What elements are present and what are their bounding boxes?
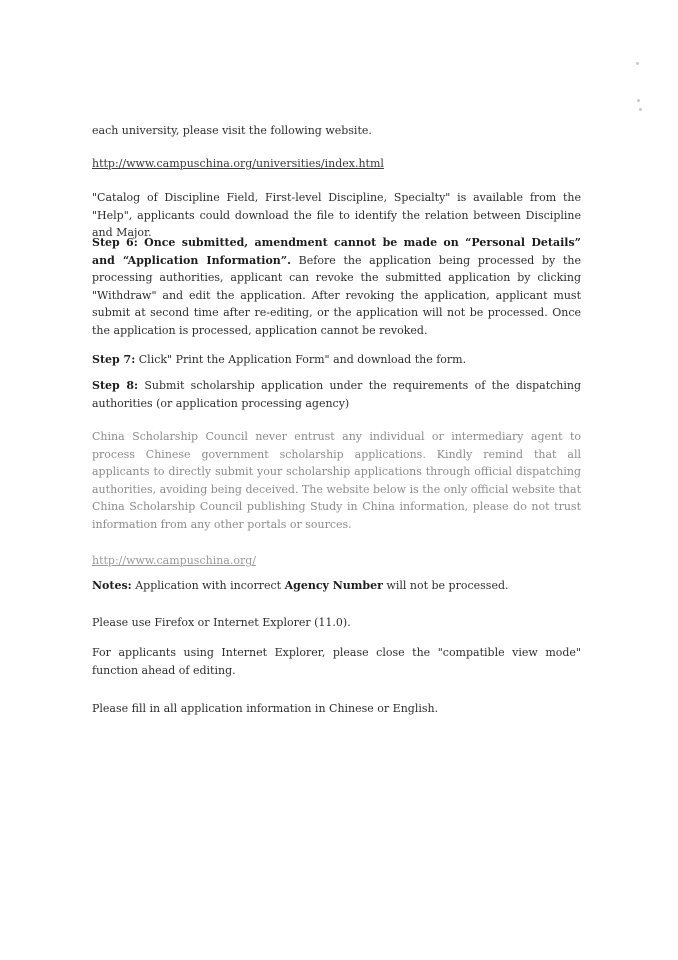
document-page: each university, please visit the follow… [0,0,678,960]
scan-artifact [639,108,642,111]
agency-number-emphasis: Agency Number [285,579,383,592]
intro-line: each university, please visit the follow… [92,122,581,140]
warning-paragraph: China Scholarship Council never entrust … [92,428,581,533]
notes-text: Application with incorrect [132,579,285,592]
notes-paragraph: Notes: Application with incorrect Agency… [92,577,581,595]
step6-paragraph: Step 6: Once submitted, amendment cannot… [92,234,581,339]
scan-artifact [637,99,640,102]
step7-text: Click" Print the Application Form" and d… [135,353,466,366]
step8-paragraph: Step 8: Submit scholarship application u… [92,377,581,412]
step7-label: Step 7: [92,353,135,366]
official-link[interactable]: http://www.campuschina.org/ [92,554,256,567]
language-note: Please fill in all application informati… [92,700,581,718]
step8-text: Submit scholarship application under the… [92,379,581,410]
browser-note: Please use Firefox or Internet Explorer … [92,614,581,632]
step7-paragraph: Step 7: Click" Print the Application For… [92,351,581,369]
notes-text-end: will not be processed. [383,579,509,592]
scan-artifact [636,62,639,65]
notes-label: Notes: [92,579,132,592]
step8-label: Step 8: [92,379,138,392]
universities-link[interactable]: http://www.campuschina.org/universities/… [92,157,384,170]
ie-note: For applicants using Internet Explorer, … [92,644,581,679]
